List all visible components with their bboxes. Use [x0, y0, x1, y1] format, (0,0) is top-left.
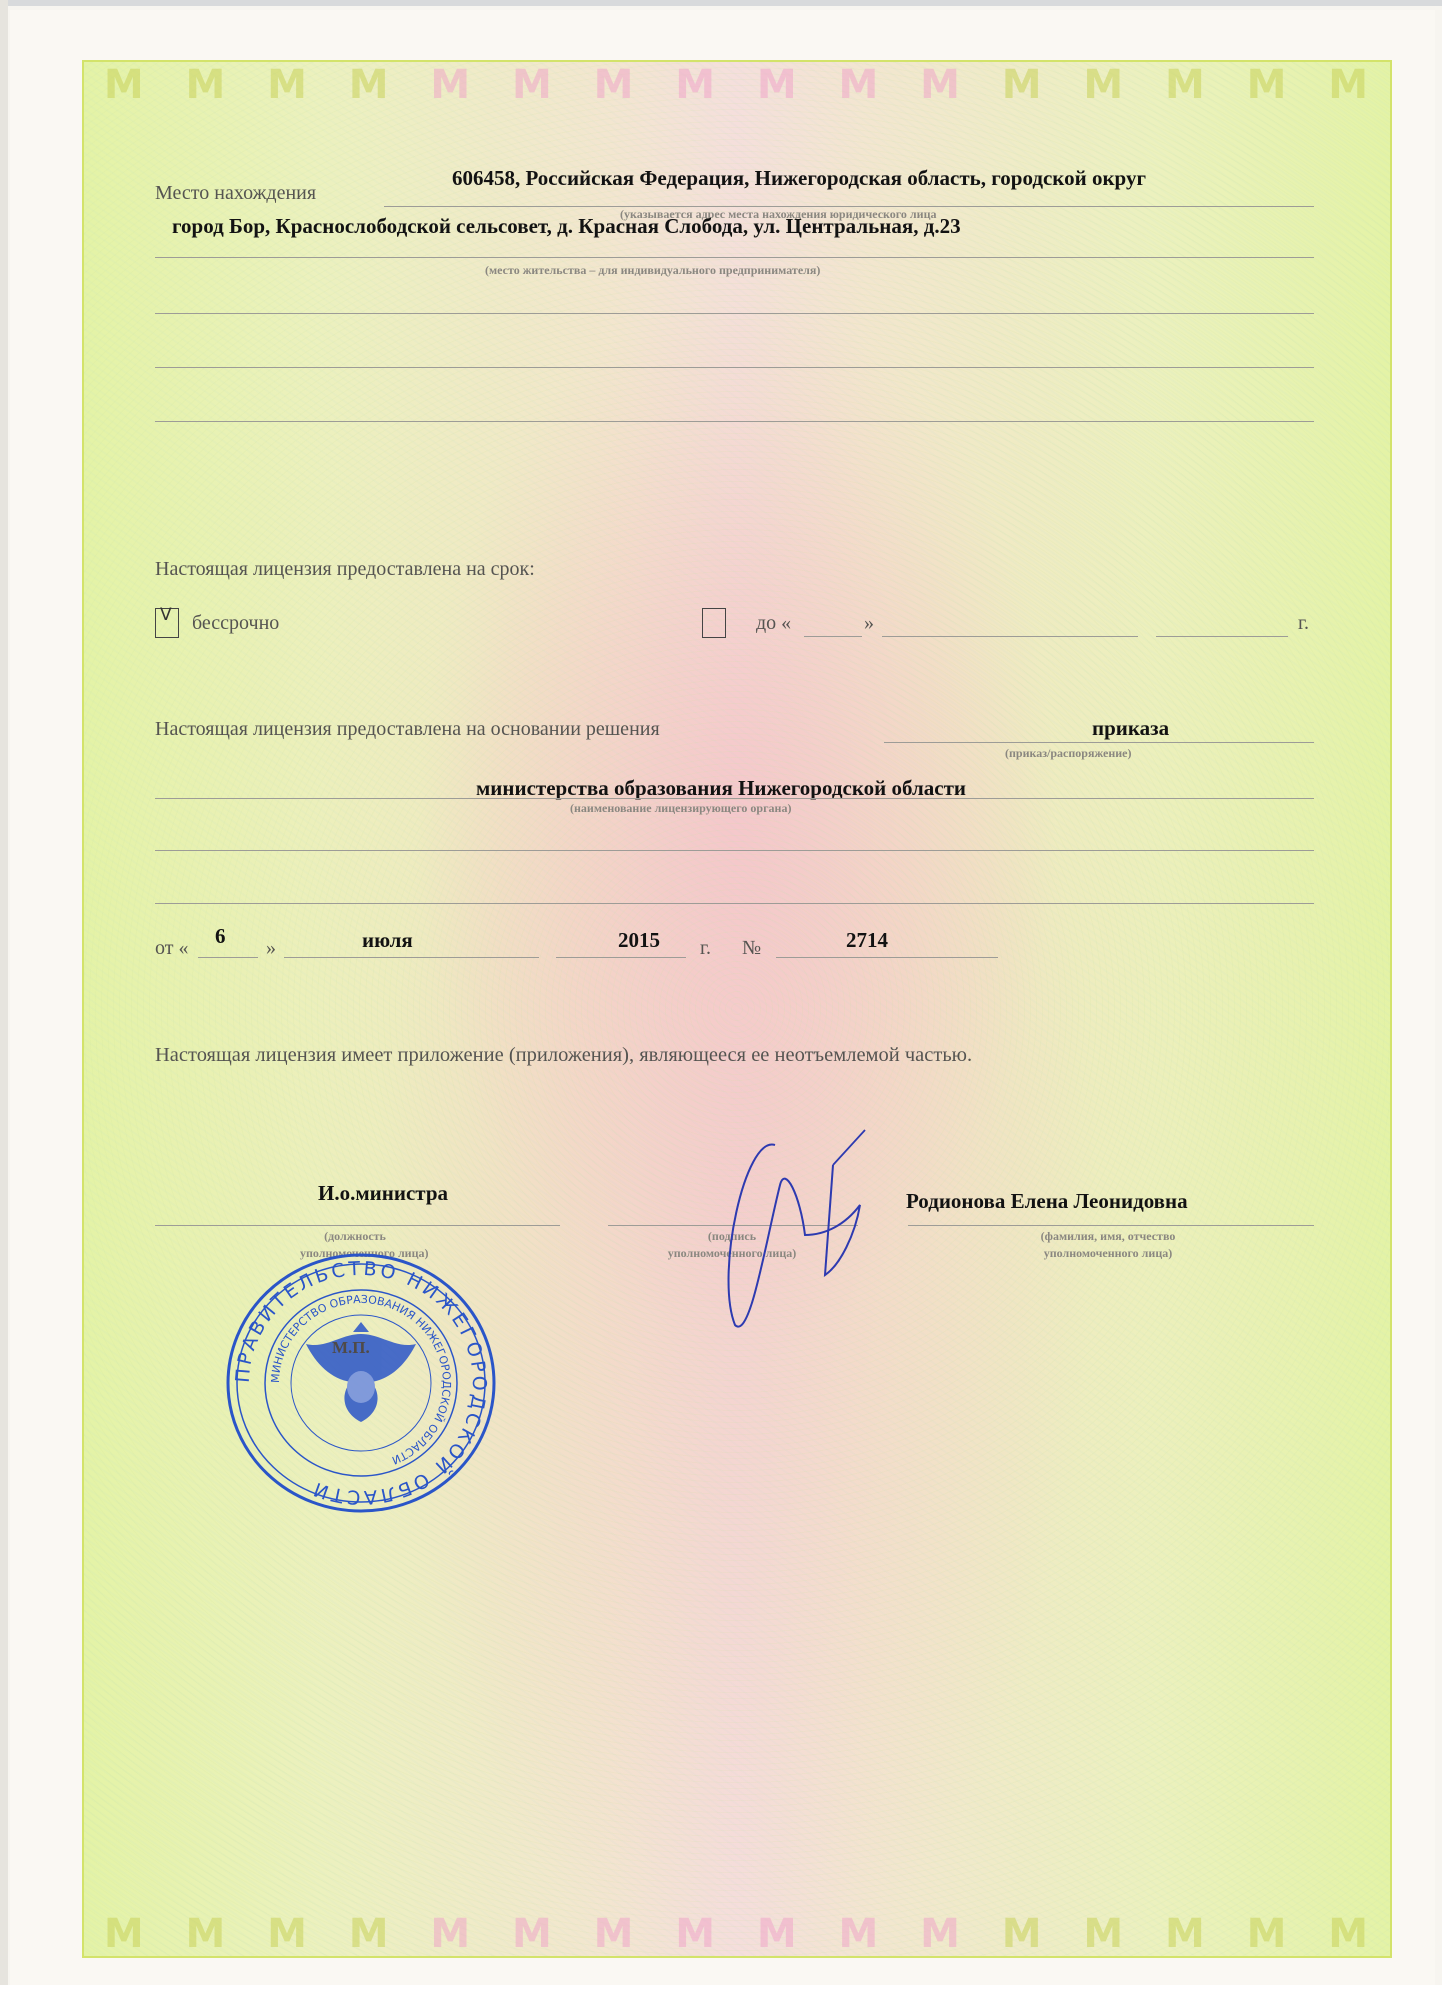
until-year-suffix: г.: [1298, 612, 1309, 635]
unlimited-checkbox[interactable]: V: [155, 608, 179, 638]
date-month-rule: [284, 957, 539, 958]
decision-type-value: приказа: [1092, 716, 1169, 741]
number-sign: №: [742, 937, 761, 960]
basis-label: Настоящая лицензия предоставлена на осно…: [155, 718, 660, 741]
blank-rule-1: [155, 313, 1314, 314]
date-prefix: от «: [155, 937, 188, 960]
authority-caption: (наименование лицензирующего органа): [570, 801, 791, 816]
date-close-quote: »: [266, 937, 276, 960]
blank-rule-3: [155, 421, 1314, 422]
blank-rule-4: [155, 850, 1314, 851]
date-month: июля: [362, 928, 413, 953]
signatory-position: И.о.министра: [318, 1181, 448, 1206]
position-rule: [155, 1225, 560, 1226]
until-label: до «: [756, 612, 791, 635]
decision-number: 2714: [846, 928, 888, 953]
date-day-rule: [198, 957, 258, 958]
until-year-field[interactable]: [1156, 636, 1288, 637]
scan-top-edge: [0, 0, 1442, 6]
appendix-note: Настоящая лицензия имеет приложение (при…: [155, 1044, 972, 1067]
date-year: 2015: [618, 928, 660, 953]
blank-rule-2: [155, 367, 1314, 368]
official-seal: ПРАВИТЕЛЬСТВО НИЖЕГОРОДСКОЙ ОБЛАСТИ МИНИ…: [225, 1252, 497, 1514]
address-line-1: 606458, Российская Федерация, Нижегородс…: [452, 166, 1146, 191]
decision-type-caption: (приказ/распоряжение): [1005, 746, 1132, 761]
handwritten-signature: [705, 1125, 885, 1335]
term-label: Настоящая лицензия предоставлена на срок…: [155, 558, 535, 581]
date-year-suffix: г.: [700, 937, 711, 960]
unlimited-label: бессрочно: [192, 612, 279, 635]
checkmark-icon: V: [160, 605, 172, 625]
name-rule: [908, 1225, 1314, 1226]
name-caption: (фамилия, имя, отчествоуполномоченного л…: [1003, 1228, 1213, 1262]
scan-bottom-edge: [0, 1985, 1442, 2000]
top-ornament-band: MMMMMMMMMMMMMMMM: [84, 62, 1390, 107]
authority-rule: [155, 798, 1314, 799]
license-form: MMMMMMMMMMMMMMMM MMMMMMMMMMMMMMMM: [82, 60, 1392, 1958]
blank-rule-5: [155, 903, 1314, 904]
until-month-field[interactable]: [882, 636, 1138, 637]
location-label: Место нахождения: [155, 182, 316, 205]
decision-type-rule: [884, 742, 1314, 743]
double-headed-eagle-icon: [306, 1322, 416, 1422]
until-close-quote: »: [864, 612, 874, 635]
date-day: 6: [215, 924, 226, 949]
until-day-field[interactable]: [804, 636, 862, 637]
until-checkbox[interactable]: [702, 608, 726, 638]
bottom-ornament-band: MMMMMMMMMMMMMMMM: [84, 1911, 1390, 1956]
seal-place-mark: М.П.: [332, 1338, 370, 1358]
address-rule-2: [155, 257, 1314, 258]
scan-left-edge: [0, 0, 8, 1985]
address-line-2: город Бор, Краснослободской сельсовет, д…: [172, 214, 961, 239]
address-caption-individual: (место жительства – для индивидуального …: [485, 263, 820, 278]
decision-number-rule: [776, 957, 998, 958]
date-year-rule: [556, 957, 686, 958]
signatory-name: Родионова Елена Леонидовна: [906, 1189, 1188, 1214]
